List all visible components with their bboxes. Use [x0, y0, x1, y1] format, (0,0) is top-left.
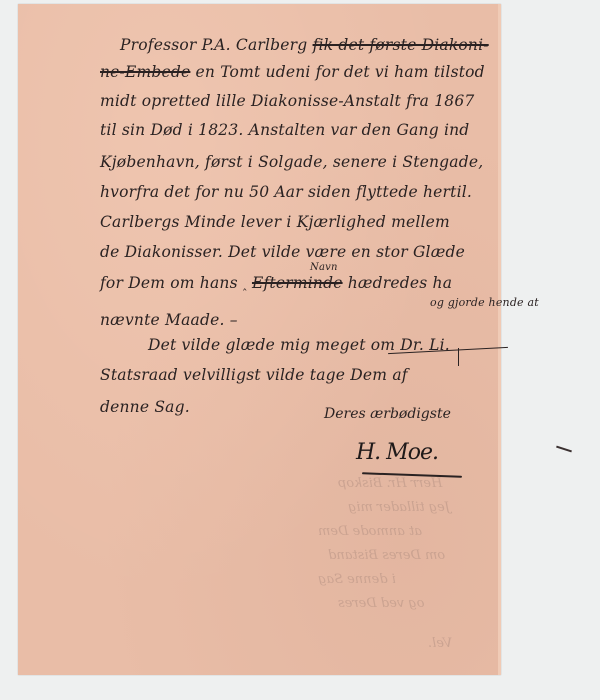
letter-line-5: Kjøbenhavn, først i Solgade, senere i St… — [100, 153, 483, 171]
bleed-through-line: og ved Deres — [338, 592, 424, 615]
letter-line-4: til sin Død i 1823. Anstalten var den Ga… — [100, 121, 469, 139]
letter-line-6: hvorfra det for nu 50 Aar siden flyttede… — [100, 183, 472, 201]
bleed-through-line: Jeg tillader mig — [348, 496, 450, 519]
letter-line-8: de Diakonisser. Det vilde være en stor G… — [100, 243, 465, 261]
bleed-through-line: Vel. — [428, 632, 452, 655]
margin-ink-mark — [556, 446, 572, 453]
letter-line-7: Carlbergs Minde lever i Kjærlighed melle… — [100, 213, 450, 231]
bleed-through-line: om Deres Bistand — [328, 544, 445, 567]
signature: H. Moe. — [356, 440, 438, 465]
paper-edge — [498, 4, 501, 675]
letter-line-10: nævnte Maade. – — [100, 311, 238, 329]
struck-text: ne-Embede — [100, 63, 190, 81]
letter-line-2: ne-Embede en Tomt udeni for det vi ham t… — [100, 63, 485, 81]
letter-line-12: Statsraad velvilligst vilde tage Dem af — [100, 366, 408, 384]
letter-line-3: midt opretted lille Diakonisse-Anstalt f… — [100, 92, 474, 110]
bleed-through-line: at anmode Dem — [318, 520, 422, 543]
inserted-phrase: og gjorde hende at — [430, 296, 539, 309]
letter-line-1: Professor P.A. Carlberg fik det første D… — [120, 36, 489, 54]
bleed-through-line: i denne Sag — [318, 568, 396, 591]
letter-line-13: denne Sag. — [100, 398, 190, 416]
inserted-word: Navn — [310, 262, 338, 273]
struck-text: Efterminde — [252, 274, 343, 292]
closing-salutation: Deres ærbødigste — [324, 406, 451, 422]
insertion-guide-stem — [458, 348, 459, 366]
insertion-caret: ‸ — [243, 278, 247, 291]
struck-text: fik det første Diakoni- — [313, 36, 489, 54]
letter-line-9: for Dem om hans ‸ Efterminde hædredes ha — [100, 274, 452, 292]
